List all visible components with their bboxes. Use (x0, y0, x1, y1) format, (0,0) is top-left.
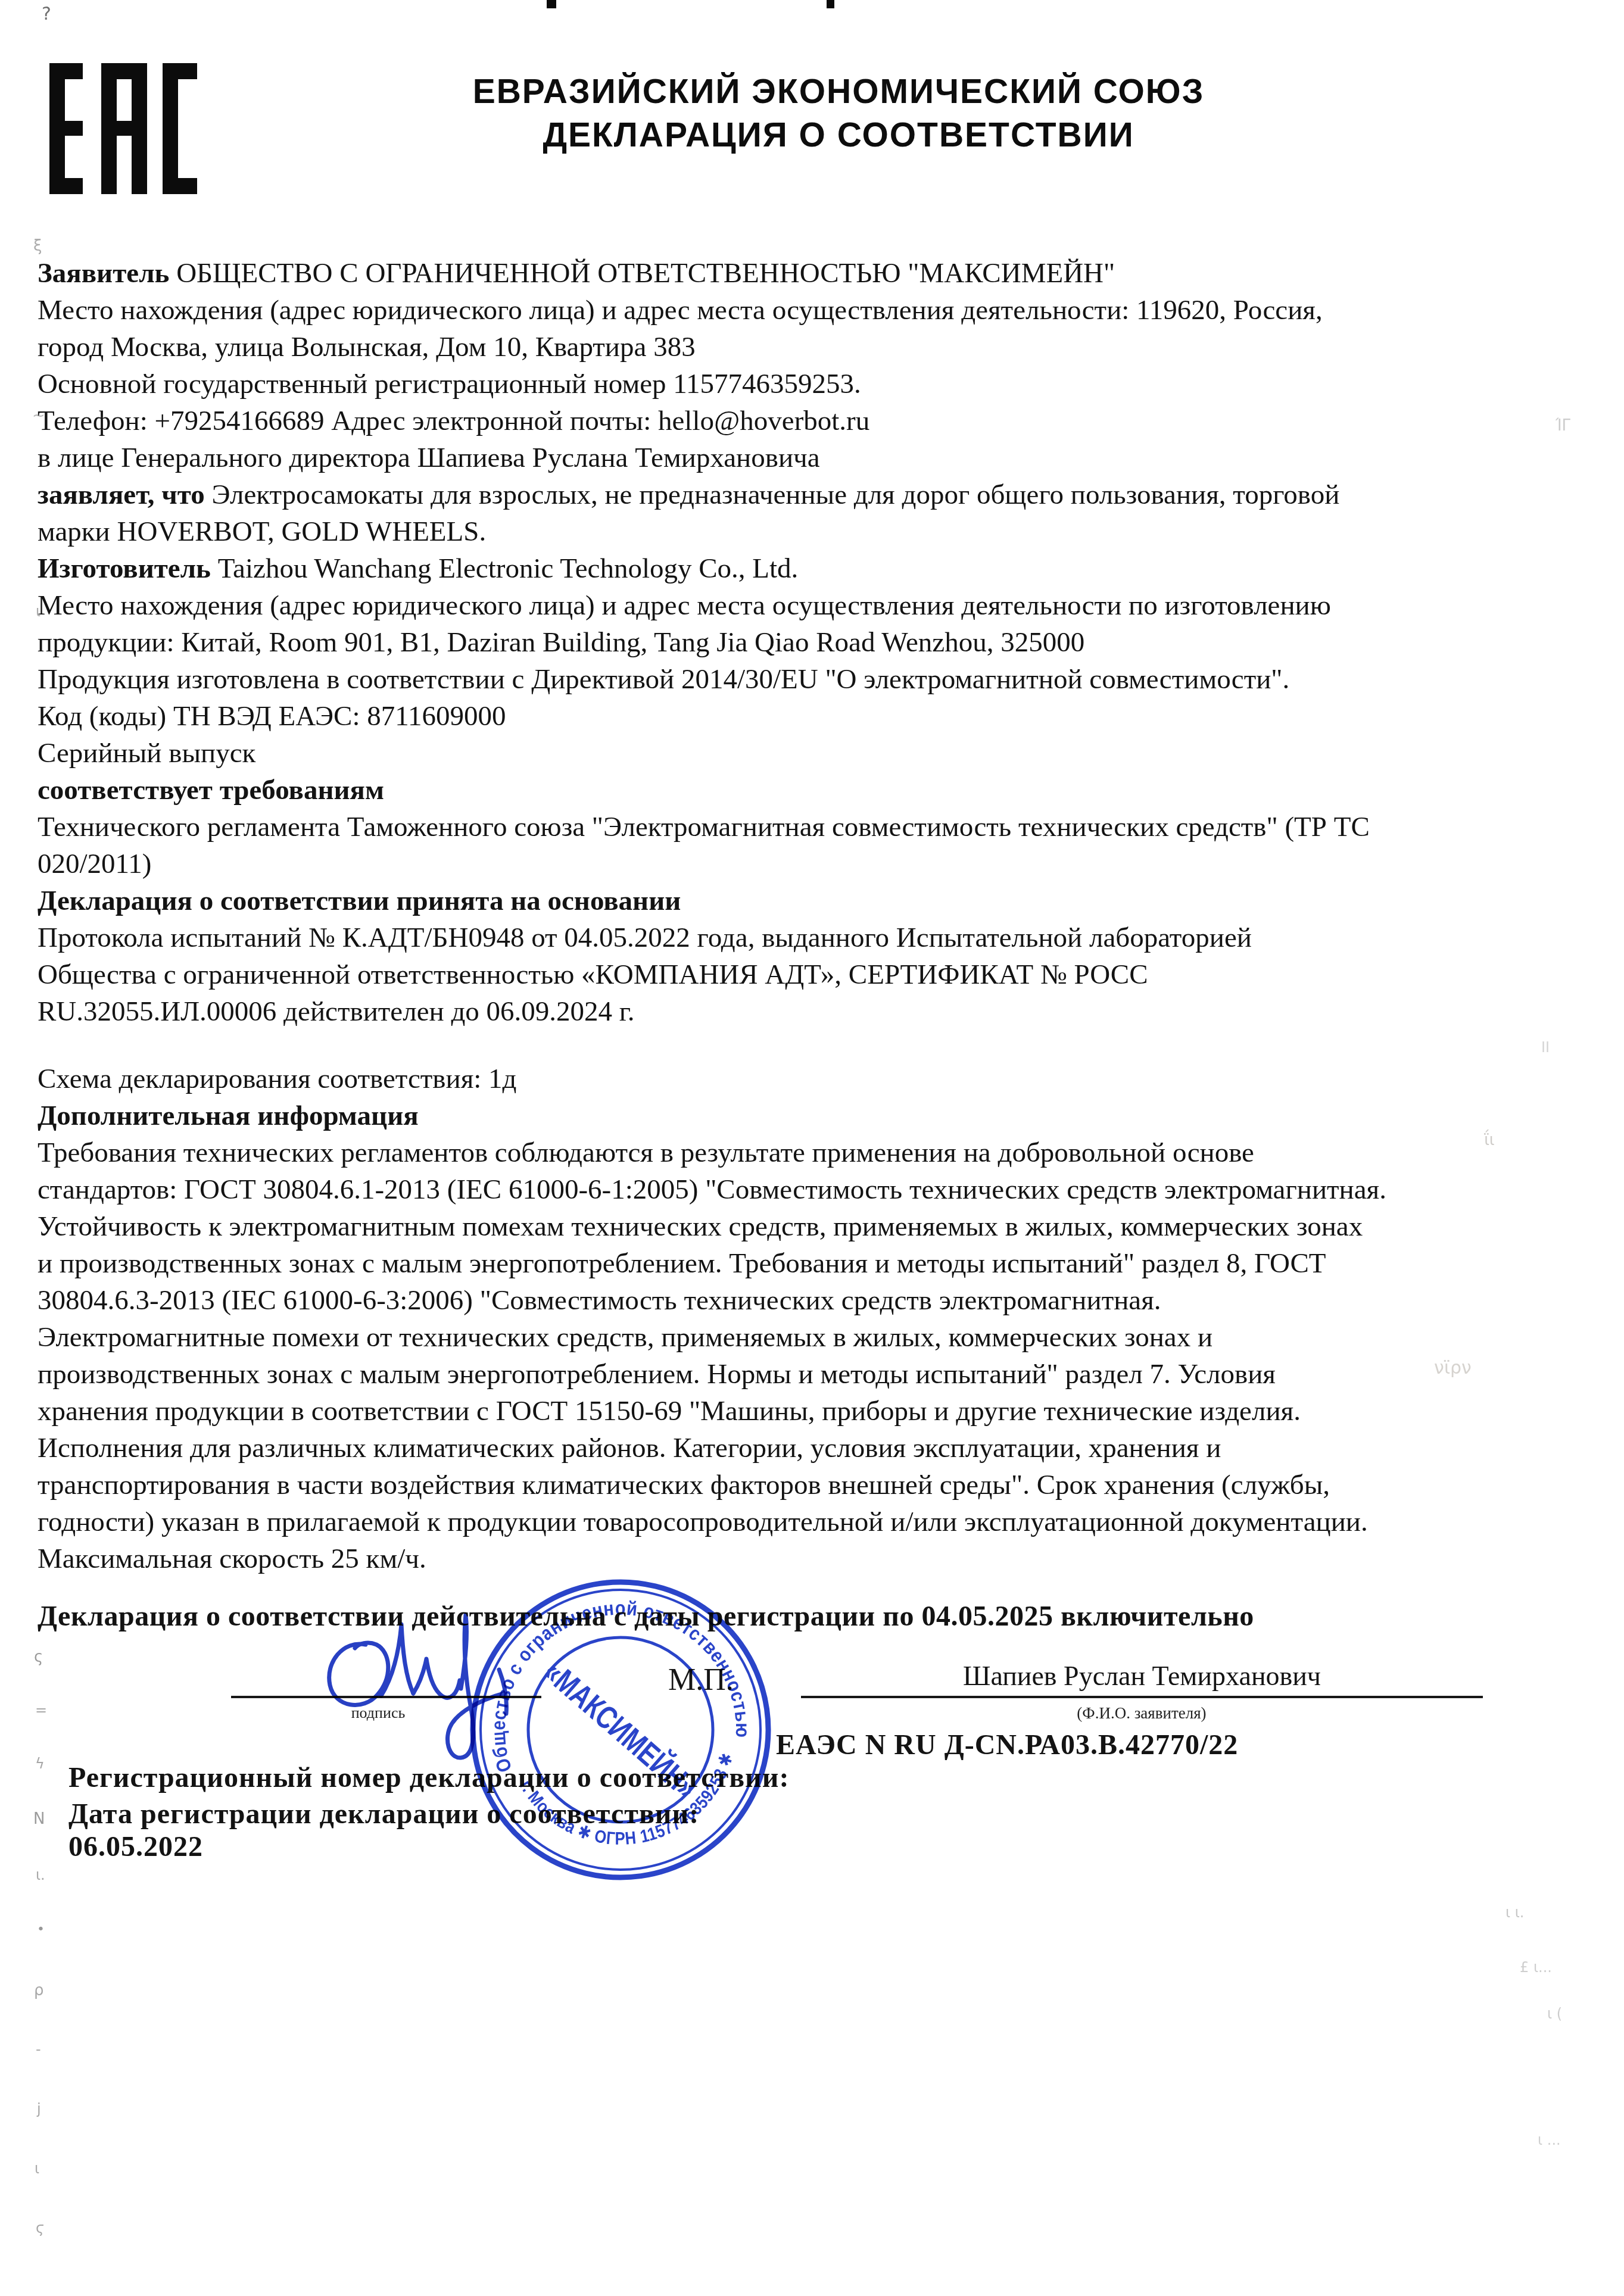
doc-line: хранения продукции в соответствии с ГОСТ… (38, 1393, 1386, 1430)
signature-caption: подпись (333, 1704, 423, 1722)
scan-artifact: ϟ (35, 1755, 45, 1772)
applicant-name: Шапиев Руслан Темирханович (963, 1660, 1320, 1692)
doc-line: Декларация о соответствии принята на осн… (38, 882, 1370, 919)
declaration-additional-info: Схема декларирования соответствия: 1дДоп… (38, 1060, 1386, 1577)
scan-artifact: Ν (33, 1810, 45, 1828)
doc-line: годности) указан в прилагаемой к продукц… (38, 1503, 1386, 1540)
doc-line: и производственных зонах с малым энергоп… (38, 1245, 1386, 1282)
registration-date-value: 06.05.2022 (68, 1831, 203, 1863)
doc-line: Требования технических регламентов соблю… (38, 1134, 1386, 1171)
doc-line: продукции: Китай, Room 901, B1, Daziran … (38, 624, 1370, 661)
doc-line: производственных зонах с малым энергопот… (38, 1356, 1386, 1393)
scan-artifact: ~ (32, 407, 45, 425)
title-line-union: ЕВРАЗИЙСКИЙ ЭКОНОМИЧЕСКИЙ СОЮЗ (437, 70, 1240, 114)
eac-logo-icon (49, 63, 197, 194)
scan-artifact: ϳ (37, 2101, 41, 2117)
scan-artifact: £ ι... (1520, 1959, 1552, 1976)
scan-artifact: - (36, 2041, 41, 2058)
applicant-name-line (801, 1696, 1483, 1698)
scan-artifact: ξ (33, 237, 42, 255)
doc-line: стандартов: ГОСТ 30804.6.1-2013 (IEC 610… (38, 1171, 1386, 1208)
doc-line: марки HOVERBOT, GOLD WHEELS. (38, 513, 1370, 550)
doc-line: Схема декларирования соответствия: 1д (38, 1060, 1386, 1097)
doc-line: 30804.6.3-2013 (IEC 61000-6-3:2006) "Сов… (38, 1282, 1386, 1319)
scan-artifact: νϊρν (1434, 1358, 1472, 1378)
scan-artifact: • (37, 1922, 45, 1937)
doc-line: Основной государственный регистрационный… (38, 366, 1370, 403)
doc-line: Протокола испытаний № К.АДТ/БН0948 от 04… (38, 919, 1370, 956)
fio-caption: (Ф.И.О. заявителя) (1052, 1704, 1231, 1723)
doc-line: Серийный выпуск (38, 735, 1370, 772)
doc-line: Изготовитель Taizhou Wanchang Electronic… (38, 550, 1370, 587)
stamp-company-name: «МАКСИМЕЙН» (537, 1654, 705, 1806)
doc-line: 020/2011) (38, 846, 1370, 882)
document-title: ЕВРАЗИЙСКИЙ ЭКОНОМИЧЕСКИЙ СОЮЗ ДЕКЛАРАЦИ… (437, 70, 1240, 157)
scan-artifact: ι (36, 603, 40, 620)
scan-artifact: ι ... (1538, 2132, 1561, 2148)
doc-line: заявляет, что Электросамокаты для взросл… (38, 476, 1370, 513)
scan-artifact: ? (42, 4, 51, 24)
doc-line: Телефон: +79254166689 Адрес электронной … (38, 403, 1370, 439)
scan-artifact: ι (35, 2160, 39, 2177)
doc-line: Максимальная скорость 25 км/ч. (38, 1540, 1386, 1577)
scan-cutoff-mark (547, 0, 556, 8)
scan-artifact: ρ (34, 1982, 44, 1999)
doc-line: Исполнения для различных климатических р… (38, 1430, 1386, 1467)
doc-line: Место нахождения (адрес юридического лиц… (38, 292, 1370, 329)
scan-artifact: ι ( (1547, 2005, 1562, 2022)
declaration-main-text: Заявитель ОБЩЕСТВО С ОГРАНИЧЕННОЙ ОТВЕТС… (38, 255, 1370, 1030)
doc-line: Общества с ограниченной ответственностью… (38, 956, 1370, 993)
scan-artifact: ι ι. (1505, 1904, 1525, 1921)
doc-line: соответствует требованиям (38, 772, 1370, 809)
title-line-declaration: ДЕКЛАРАЦИЯ О СООТВЕТСТВИИ (437, 114, 1240, 157)
scan-artifact: ΙΙ (1541, 1039, 1550, 1056)
declaration-document-page: ЕВРАЗИЙСКИЙ ЭКОНОМИЧЕСКИЙ СОЮЗ ДЕКЛАРАЦИ… (0, 0, 1624, 2296)
scan-cutoff-mark (827, 0, 834, 8)
doc-line: в лице Генерального директора Шапиева Ру… (38, 439, 1370, 476)
doc-line: Дополнительная информация (38, 1097, 1386, 1134)
doc-line: город Москва, улица Волынская, Дом 10, К… (38, 329, 1370, 366)
doc-line: RU.32055.ИЛ.00006 действителен до 06.09.… (38, 993, 1370, 1030)
doc-line: Продукция изготовлена в соответствии с Д… (38, 661, 1370, 698)
company-stamp: Общество с ограниченной ответственностью… (466, 1575, 775, 1885)
doc-line: Код (коды) ТН ВЭД ЕАЭС: 8711609000 (38, 698, 1370, 735)
scan-artifact: ΐι (1484, 1131, 1495, 1149)
doc-line: Устойчивость к электромагнитным помехам … (38, 1208, 1386, 1245)
doc-line: транспортирования в части воздействия кл… (38, 1467, 1386, 1503)
doc-line: Технического регламента Таможенного союз… (38, 809, 1370, 846)
registration-number-value: ЕАЭС N RU Д-CN.РА03.В.42770/22 (776, 1729, 1238, 1761)
scan-artifact: = (35, 1702, 47, 1718)
scan-artifact: ΊΓ (1556, 417, 1570, 435)
scan-artifact: ς (34, 1648, 43, 1666)
doc-line: Заявитель ОБЩЕСТВО С ОГРАНИЧЕННОЙ ОТВЕТС… (38, 255, 1370, 292)
doc-line: Место нахождения (адрес юридического лиц… (38, 587, 1370, 624)
scan-artifact: ϛ (36, 2220, 44, 2236)
scan-artifact: ι. (36, 1867, 45, 1883)
doc-line: Электромагнитные помехи от технических с… (38, 1319, 1386, 1356)
